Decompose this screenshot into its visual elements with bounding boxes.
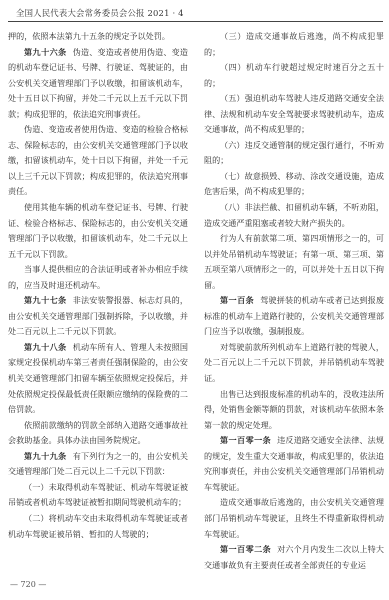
paragraph: （七）故意损毁、移动、涂改交通设施，造成危害后果，尚不构成犯罪的； <box>204 169 384 200</box>
paragraph: 押的，依照本法第九十五条的规定予以处罚。 <box>8 29 188 45</box>
paragraph: （二）将机动车交由未取得机动车驾驶证或者机动车驾驶证被吊销、暂扣的人驾驶的； <box>8 511 188 542</box>
paragraph: （四）机动车行驶超过规定时速百分之五十的； <box>204 60 384 91</box>
paragraph: （一）未取得机动车驾驶证、机动车驾驶证被吊销或者机动车驾驶证被暂扣期间驾驶机动车… <box>8 480 188 511</box>
article-number: 第一百零一条 <box>220 435 271 445</box>
paragraph-text: （四）机动车行驶超过规定时速百分之五十的； <box>204 62 384 88</box>
paragraph-text: （七）故意损毁、移动、涂改交通设施，造成危害后果，尚不构成犯罪的； <box>204 171 384 197</box>
paragraph-text: （二）将机动车交由未取得机动车驾驶证或者机动车驾驶证被吊销、暂扣的人驾驶的； <box>8 513 188 539</box>
paragraph: 造成交通事故后逃逸的，由公安机关交通管理部门吊销机动车驾驶证，且终生不得重新取得… <box>204 495 384 542</box>
gazette-running-header: 全国人民代表大会常务委员会公报 2021 · 4 <box>16 7 184 19</box>
paragraph-text: 造成交通事故后逃逸的，由公安机关交通管理部门吊销机动车驾驶证，且终生不得重新取得… <box>204 497 384 538</box>
right-text-column: （三）造成交通事故后逃逸，尚不构成犯罪的；（四）机动车行驶超过规定时速百分之五十… <box>204 29 384 573</box>
paragraph: 使用其他车辆的机动车登记证书、号牌、行驶证、检验合格标志、保险标志的，由公安机关… <box>8 200 188 262</box>
article-number: 第九十七条 <box>24 295 67 305</box>
paragraph-text: 对驾驶前款所列机动车上道路行驶的驾驶人，处二百元以上二千元以下罚款，并吊销机动车… <box>204 342 384 383</box>
paragraph: 对驾驶前款所列机动车上道路行驶的驾驶人，处二百元以上二千元以下罚款，并吊销机动车… <box>204 340 384 387</box>
paragraph-text: 依照前款缴纳的罚款全部纳入道路交通事故社会救助基金。具体办法由国务院规定。 <box>8 420 188 446</box>
article-paragraph: 第一百零一条违反道路交通安全法律、法规的规定，发生重大交通事故，构成犯罪的，依法… <box>204 433 384 495</box>
paragraph-text: （一）未取得机动车驾驶证、机动车驾驶证被吊销或者机动车驾驶证被暂扣期间驾驶机动车… <box>8 482 188 508</box>
paragraph: 行为人有前款第二项、第四项情形之一的，可以并处吊销机动车驾驶证；有第一项、第三项… <box>204 231 384 293</box>
paragraph: 伪造、变造或者使用伪造、变造的检验合格标志、保险标志的，由公安机关交通管理部门予… <box>8 122 188 200</box>
article-paragraph: 第九十九条有下列行为之一的，由公安机关交通管理部门处二百元以上二千元以下罚款： <box>8 449 188 480</box>
paragraph: 依照前款缴纳的罚款全部纳入道路交通事故社会救助基金。具体办法由国务院规定。 <box>8 418 188 449</box>
article-number: 第九十八条 <box>24 342 67 352</box>
page-number: — 720 — <box>10 580 46 589</box>
paragraph-text: 伪造、变造或者使用伪造、变造的检验合格标志、保险标志的，由公安机关交通管理部门予… <box>8 124 188 196</box>
article-paragraph: 第九十六条伪造、变造或者使用伪造、变造的机动车登记证书、号牌、行驶证、驾驶证的，… <box>8 45 188 123</box>
paragraph-text: （三）造成交通事故后逃逸，尚不构成犯罪的； <box>204 31 384 57</box>
article-paragraph: 第九十七条非法安装警报器、标志灯具的，由公安机关交通管理部门强制拆除，予以收缴，… <box>8 293 188 340</box>
article-number: 第一百条 <box>220 295 254 305</box>
paragraph: （三）造成交通事故后逃逸，尚不构成犯罪的； <box>204 29 384 60</box>
paragraph-text: （八）非法拦截、扣留机动车辆，不听劝阻，造成交通严重阻塞或者较大财产损失的。 <box>204 202 384 228</box>
article-paragraph: 第一百条驾驶拼装的机动车或者已达到报废标准的机动车上道路行驶的，公安机关交通管理… <box>204 293 384 340</box>
article-number: 第九十九条 <box>24 451 67 461</box>
paragraph: （五）强迫机动车驾驶人违反道路交通安全法律、法规和机动车安全驾驶要求驾驶机动车，… <box>204 91 384 138</box>
article-paragraph: 第一百零二条对六个月内发生二次以上特大交通事故负有主要责任或者全部责任的专业运 <box>204 542 384 573</box>
paragraph-text: 行为人有前款第二项、第四项情形之一的，可以并处吊销机动车驾驶证；有第一项、第三项… <box>204 233 384 290</box>
paragraph: 出售已达到报废标准的机动车的，没收违法所得，处销售金额等额的罚款，对该机动车依照… <box>204 387 384 434</box>
paragraph-text: 押的，依照本法第九十五条的规定予以处罚。 <box>8 31 170 41</box>
paragraph-text: （五）强迫机动车驾驶人违反道路交通安全法律、法规和机动车安全驾驶要求驾驶机动车，… <box>204 93 384 134</box>
article-paragraph: 第九十八条机动车所有人、管理人未按照国家规定投保机动车第三者责任强制保险的，由公… <box>8 340 188 418</box>
paragraph: 当事人提供相应的合法证明或者补办相应手续的，应当及时退还机动车。 <box>8 262 188 293</box>
paragraph-text: （六）违反交通管制的规定强行通行，不听劝阻的； <box>204 140 384 166</box>
paragraph-text: 伪造、变造或者使用伪造、变造的机动车登记证书、号牌、行驶证、驾驶证的，由公安机关… <box>8 47 188 119</box>
paragraph: （八）非法拦截、扣留机动车辆，不听劝阻，造成交通严重阻塞或者较大财产损失的。 <box>204 200 384 231</box>
paragraph-text: 当事人提供相应的合法证明或者补办相应手续的，应当及时退还机动车。 <box>8 264 188 290</box>
article-number: 第九十六条 <box>24 47 67 57</box>
paragraph: （六）违反交通管制的规定强行通行，不听劝阻的； <box>204 138 384 169</box>
paragraph-text: 机动车所有人、管理人未按照国家规定投保机动车第三者责任强制保险的，由公安机关交通… <box>8 342 188 414</box>
article-number: 第一百零二条 <box>220 544 271 554</box>
left-text-column: 押的，依照本法第九十五条的规定予以处罚。第九十六条伪造、变造或者使用伪造、变造的… <box>8 29 188 542</box>
paragraph-text: 出售已达到报废标准的机动车的，没收违法所得，处销售金额等额的罚款，对该机动车依照… <box>204 389 384 430</box>
paragraph-text: 使用其他车辆的机动车登记证书、号牌、行驶证、检验合格标志、保险标志的，由公安机关… <box>8 202 188 259</box>
header-divider <box>8 21 383 22</box>
